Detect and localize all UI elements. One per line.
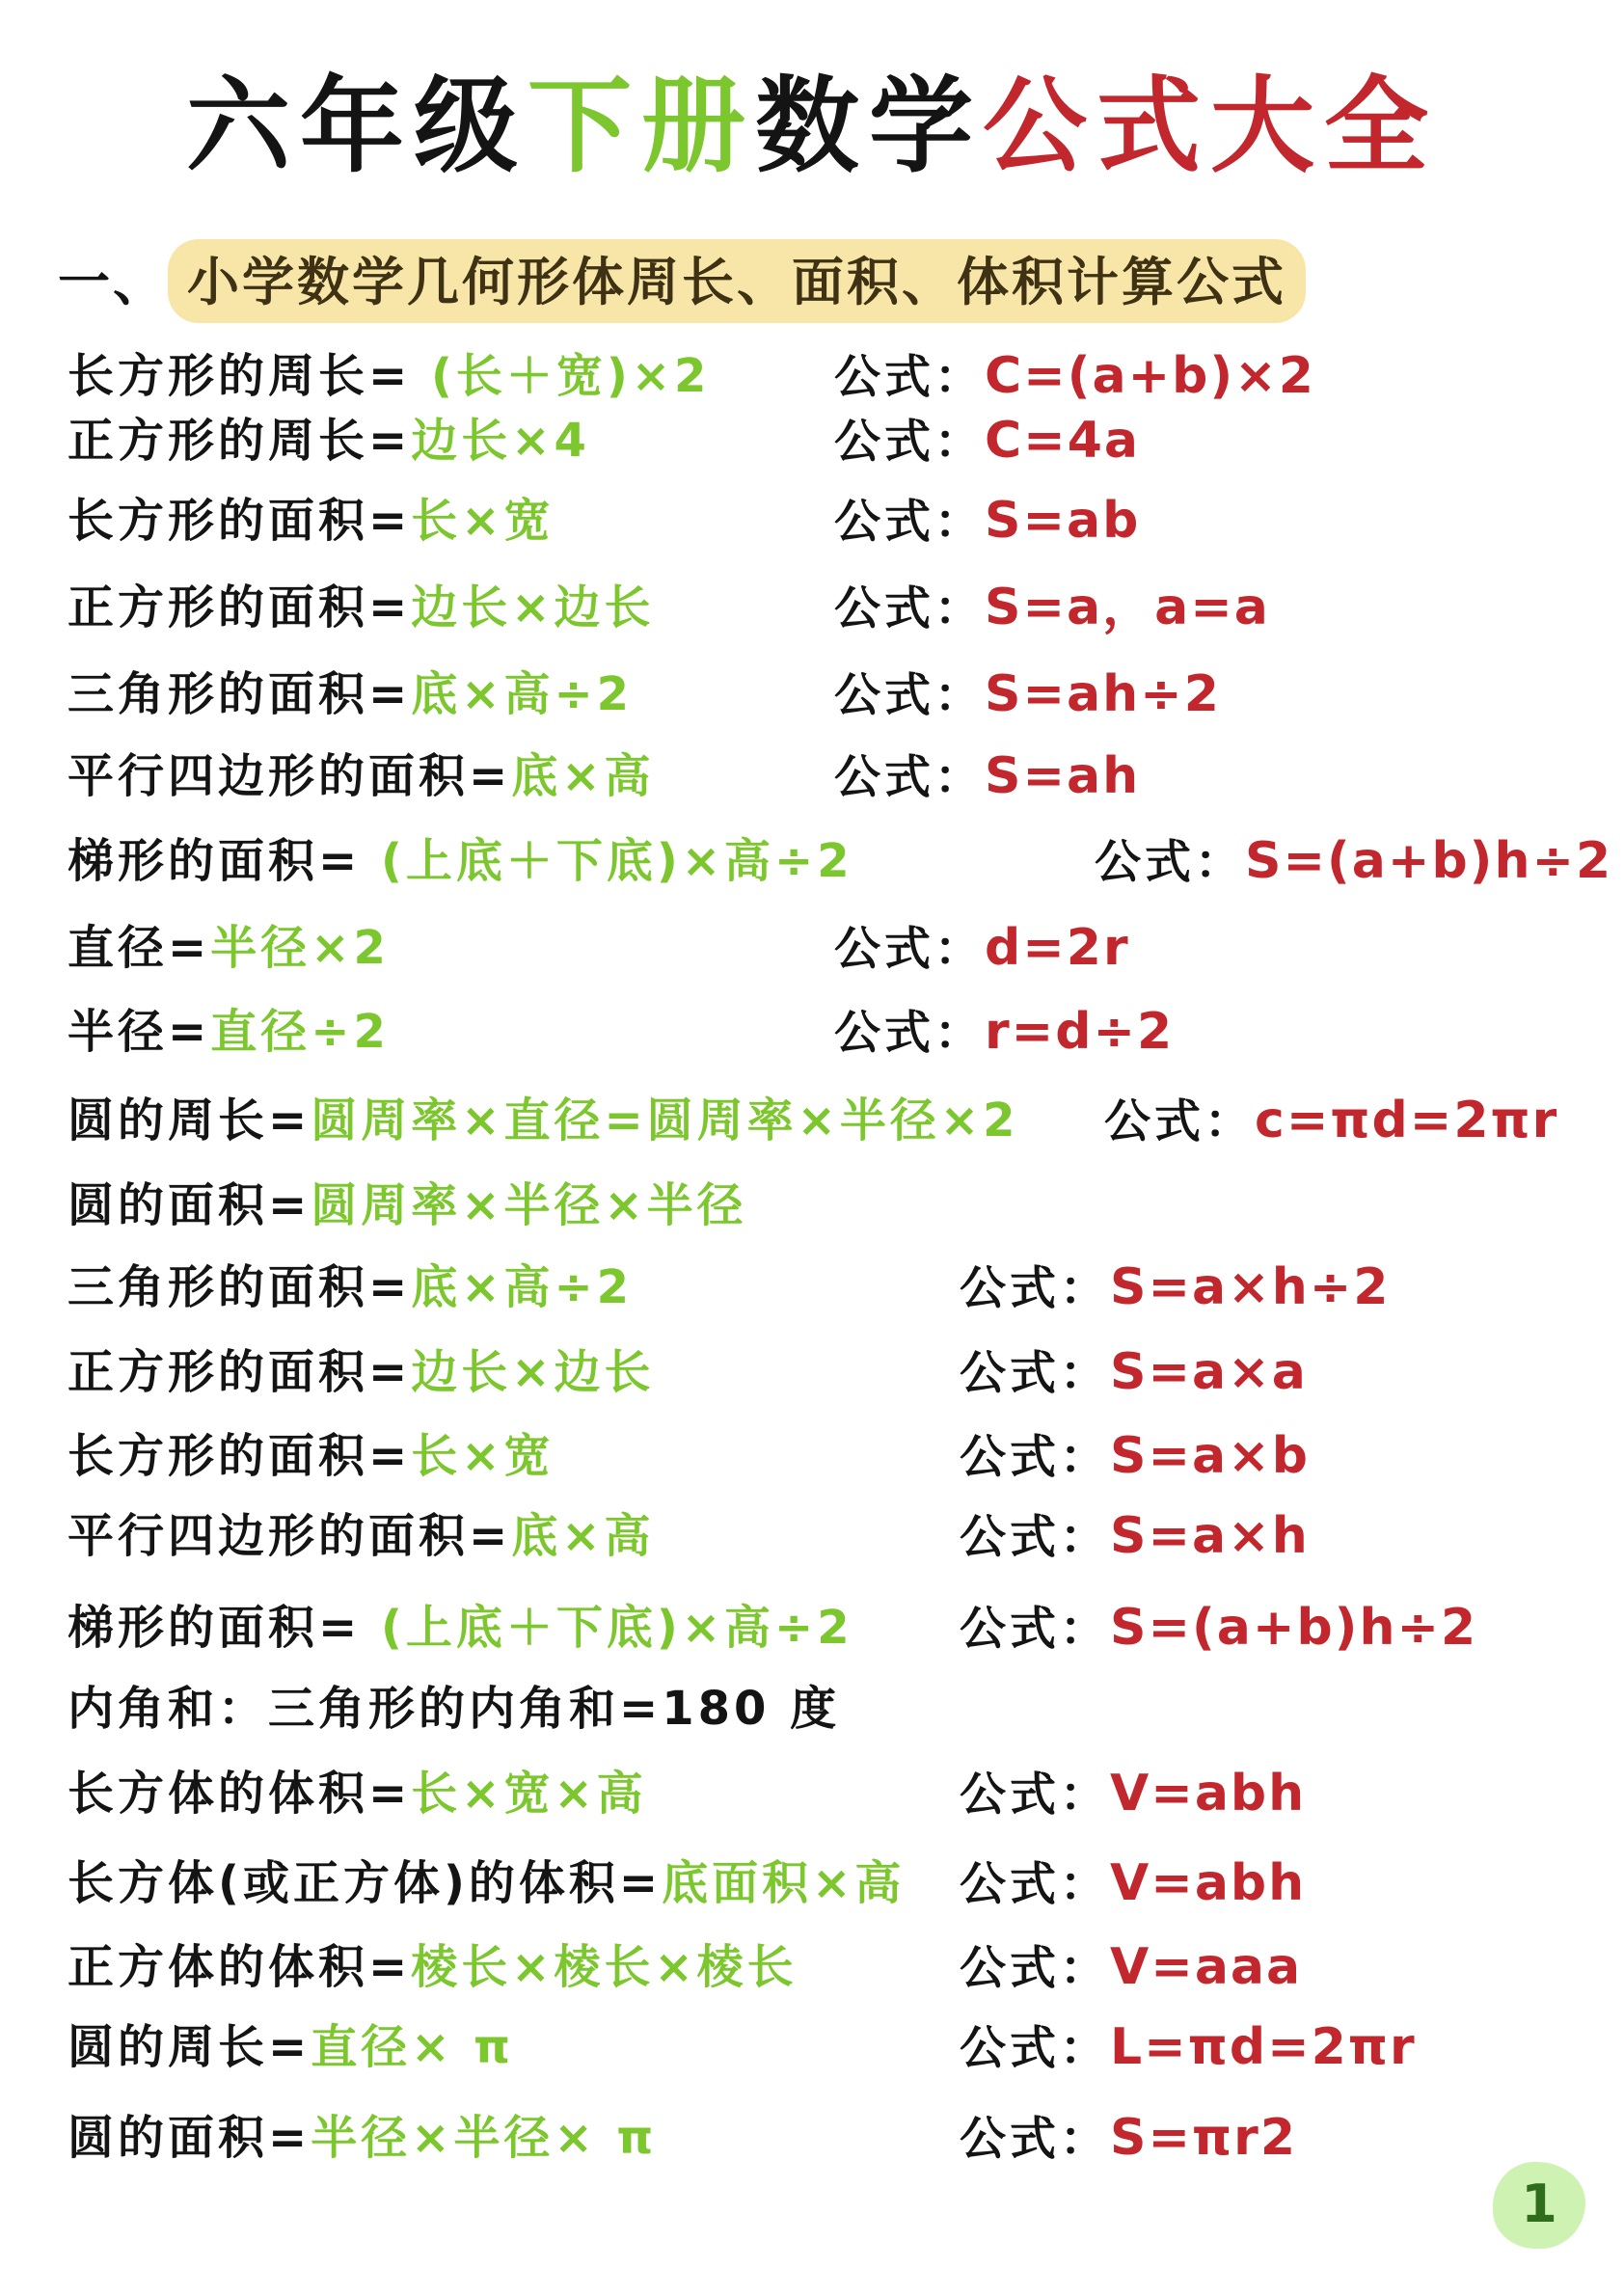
formula-symbolic: S=πr2 [1110,2109,1297,2167]
formula-expression: 长×宽×高 [411,1767,646,1821]
formula-row: 梯形的面积= (上底＋下底)×高÷2 公式：S=(a+b)h÷2 [68,1585,1624,1670]
formula-notation: 公式：S=a×b [960,1414,1310,1498]
formula-notation: 公式：S=(a+b)h÷2 [1095,819,1612,904]
formula-row: 圆的周长=直径× π 公式：L=πd=2πr [68,2005,1624,2090]
formula-expression: 边长×边长 [411,1345,654,1399]
formula-label: 公式： [960,1941,1110,1995]
formula-expression: (上底＋下底)×高÷2 [361,834,853,888]
formula-label: 公式： [834,922,985,976]
formula-row: 长方体的体积=长×宽×高 公式：V=abh [68,1751,1624,1836]
formula-expression: 底面积×高 [662,1856,905,1910]
formula-notation: 公式：S=ab [834,478,1140,563]
formula-symbolic: C=(a+b)×2 [985,347,1315,405]
title-grade: 六年级 [186,67,528,187]
formula-notation: 公式：d=2r [834,905,1130,990]
formula-label: 公式： [960,1346,1110,1400]
formula-term: 梯形的面积= [68,834,361,888]
formula-notation: 公式：r=d÷2 [834,989,1174,1074]
formula-label: 公式： [960,1430,1110,1484]
formula-notation: 公式：S=ah [834,734,1140,819]
formula-label: 公式： [1104,1094,1255,1148]
title-volume: 下册 [528,67,755,187]
formula-term: 正方形的面积= [68,580,411,634]
formula-symbolic: S=a×h÷2 [1110,1258,1390,1316]
formula-symbolic: C=4a [985,412,1140,470]
formula-term: 梯形的面积= [68,1601,361,1655]
formula-row: 长方形的面积=长×宽 公式：S=a×b [68,1414,1624,1498]
formula-symbolic: V=abh [1110,1854,1306,1912]
formula-expression: 棱长×棱长×棱长 [411,1940,797,1994]
formula-expression: 底×高÷2 [411,1260,633,1314]
formula-term: 长方形的周长= [68,349,411,403]
formula-symbolic: S=ab [985,492,1140,550]
formula-row: 梯形的面积= (上底＋下底)×高÷2 公式：S=(a+b)h÷2 [68,819,1624,904]
formula-row: 内角和：三角形的内角和=180 度 [68,1666,1624,1751]
formula-notation: 公式：S=ah÷2 [834,652,1221,737]
page-title: 六年级下册数学公式大全 [0,42,1624,192]
formula-term: 圆的面积= [68,2111,311,2165]
formula-row: 三角形的面积=底×高÷2 公式：S=ah÷2 [68,652,1624,737]
formula-notation: 公式：S=πr2 [960,2095,1297,2180]
title-topic: 公式大全 [983,67,1438,187]
formula-notation: 公式：V=abh [960,1841,1306,1926]
formula-notation: 公式：S=(a+b)h÷2 [960,1585,1477,1670]
formula-expression: 半径×半径× π [311,2111,657,2165]
formula-row: 平行四边形的面积=底×高 公式：S=a×h [68,1494,1624,1579]
formula-label: 公式： [960,1261,1110,1315]
formula-symbolic: S=a×h [1110,1507,1310,1565]
formula-expression: (长＋宽)×2 [411,349,710,403]
formula-term: 圆的周长= [68,1093,311,1147]
formula-label: 公式： [834,581,985,635]
formula-expression: 底×高÷2 [411,667,633,721]
formula-symbolic: S=a×a [1110,1343,1308,1401]
formula-row: 圆的周长=圆周率×直径=圆周率×半径×2 公式：c=πd=2πr [68,1078,1624,1163]
formula-notation: 公式：V=abh [960,1751,1306,1836]
formula-symbolic: c=πd=2πr [1255,1092,1558,1149]
formula-row: 长方体(或正方体)的体积=底面积×高 公式：V=abh [68,1841,1624,1926]
formula-expression: 长×宽 [411,1429,554,1483]
formula-term: 正方体的体积= [68,1940,411,1994]
formula-term: 正方形的周长= [68,414,411,468]
formula-label: 公式： [960,1768,1110,1822]
formula-expression: 底×高 [511,749,654,803]
formula-symbolic: V=abh [1110,1765,1306,1822]
formula-label: 公式： [834,495,985,549]
formula-term: 三角形的面积= [68,1260,411,1314]
formula-term: 正方形的面积= [68,1345,411,1399]
formula-symbolic: S=a×b [1110,1427,1310,1485]
formula-expression: (上底＋下底)×高÷2 [361,1601,853,1655]
formula-term: 长方体(或正方体)的体积= [68,1856,662,1910]
formula-symbolic: V=aaa [1110,1938,1302,1996]
formula-term: 长方体的体积= [68,1767,411,1821]
section-heading: 小学数学几何形体周长、面积、体积计算公式 [168,239,1306,323]
formula-term: 平行四边形的面积= [68,1509,511,1563]
formula-row: 正方形的周长=边长×4 公式：C=4a [68,398,1624,483]
formula-expression: 半径×2 [210,921,390,975]
title-subject: 数学 [755,67,983,187]
page-number: 1 [1521,2173,1557,2234]
formula-term: 长方形的面积= [68,1429,411,1483]
formula-expression: 长×宽 [411,494,554,548]
formula-expression: 底×高 [511,1509,654,1563]
formula-row: 正方体的体积=棱长×棱长×棱长 公式：V=aaa [68,1925,1624,2010]
formula-label: 公式： [960,1510,1110,1564]
formula-term: 圆的周长= [68,2020,311,2074]
formula-label: 公式： [960,2021,1110,2075]
formula-notation: 公式：S=a×h [960,1494,1310,1579]
formula-row: 圆的面积=圆周率×半径×半径 [68,1163,1624,1248]
formula-row: 长方形的面积=长×宽 公式：S=ab [68,478,1624,563]
formula-row: 正方形的面积=边长×边长 公式：S=a×a [68,1330,1624,1415]
formula-label: 公式： [1095,835,1245,889]
formula-label: 公式： [960,1602,1110,1656]
formula-expression: 直径÷2 [210,1005,390,1059]
formula-expression: 圆周率×半径×半径 [311,1178,746,1232]
formula-expression: 圆周率×直径=圆周率×半径×2 [311,1093,1018,1147]
formula-symbolic: L=πd=2πr [1110,2018,1417,2076]
formula-row: 圆的面积=半径×半径× π 公式：S=πr2 [68,2095,1624,2180]
formula-label: 公式： [834,1006,985,1060]
section-header: 一、小学数学几何形体周长、面积、体积计算公式 [58,239,1306,323]
formula-symbolic: S=(a+b)h÷2 [1245,832,1612,890]
formula-label: 公式： [960,2112,1110,2166]
formula-expression: 边长×边长 [411,580,654,634]
formula-row: 半径=直径÷2 公式：r=d÷2 [68,989,1624,1074]
section-number: 一、 [58,252,168,312]
formula-term: 圆的面积= [68,1178,311,1232]
formula-expression: 直径× π [311,2020,514,2074]
formula-label: 公式： [960,1857,1110,1911]
formula-row: 直径=半径×2 公式：d=2r [68,905,1624,990]
formula-term: 长方形的面积= [68,494,411,548]
formula-symbolic: r=d÷2 [985,1003,1174,1061]
formula-term: 直径= [68,921,210,975]
formula-symbolic: S=a，a=a [985,579,1270,636]
formula-notation: 公式：c=πd=2πr [1104,1078,1558,1163]
formula-sheet-page: 六年级下册数学公式大全 一、小学数学几何形体周长、面积、体积计算公式 长方形的周… [0,0,1624,2295]
formula-row: 平行四边形的面积=底×高 公式：S=ah [68,734,1624,819]
formula-term: 平行四边形的面积= [68,749,511,803]
page-number-badge: 1 [1493,2162,1585,2249]
formula-notation: 公式：C=4a [834,398,1140,483]
formula-term: 内角和：三角形的内角和=180 度 [68,1682,840,1736]
formula-label: 公式： [834,350,985,404]
formula-row: 正方形的面积=边长×边长 公式：S=a，a=a [68,565,1624,650]
formula-symbolic: d=2r [985,919,1130,977]
formula-symbolic: S=ah [985,747,1140,805]
formula-term: 半径= [68,1005,210,1059]
formula-notation: 公式：S=a×h÷2 [960,1245,1390,1330]
formula-symbolic: S=ah÷2 [985,665,1221,723]
formula-symbolic: S=(a+b)h÷2 [1110,1599,1477,1657]
formula-expression: 边长×4 [411,414,590,468]
formula-notation: 公式：V=aaa [960,1925,1302,2010]
formula-label: 公式： [834,415,985,469]
formula-label: 公式： [834,668,985,722]
formula-notation: 公式：S=a×a [960,1330,1308,1415]
formula-row: 三角形的面积=底×高÷2 公式：S=a×h÷2 [68,1245,1624,1330]
formula-label: 公式： [834,750,985,804]
formula-notation: 公式：L=πd=2πr [960,2005,1417,2090]
formula-term: 三角形的面积= [68,667,411,721]
formula-notation: 公式：S=a，a=a [834,565,1270,650]
